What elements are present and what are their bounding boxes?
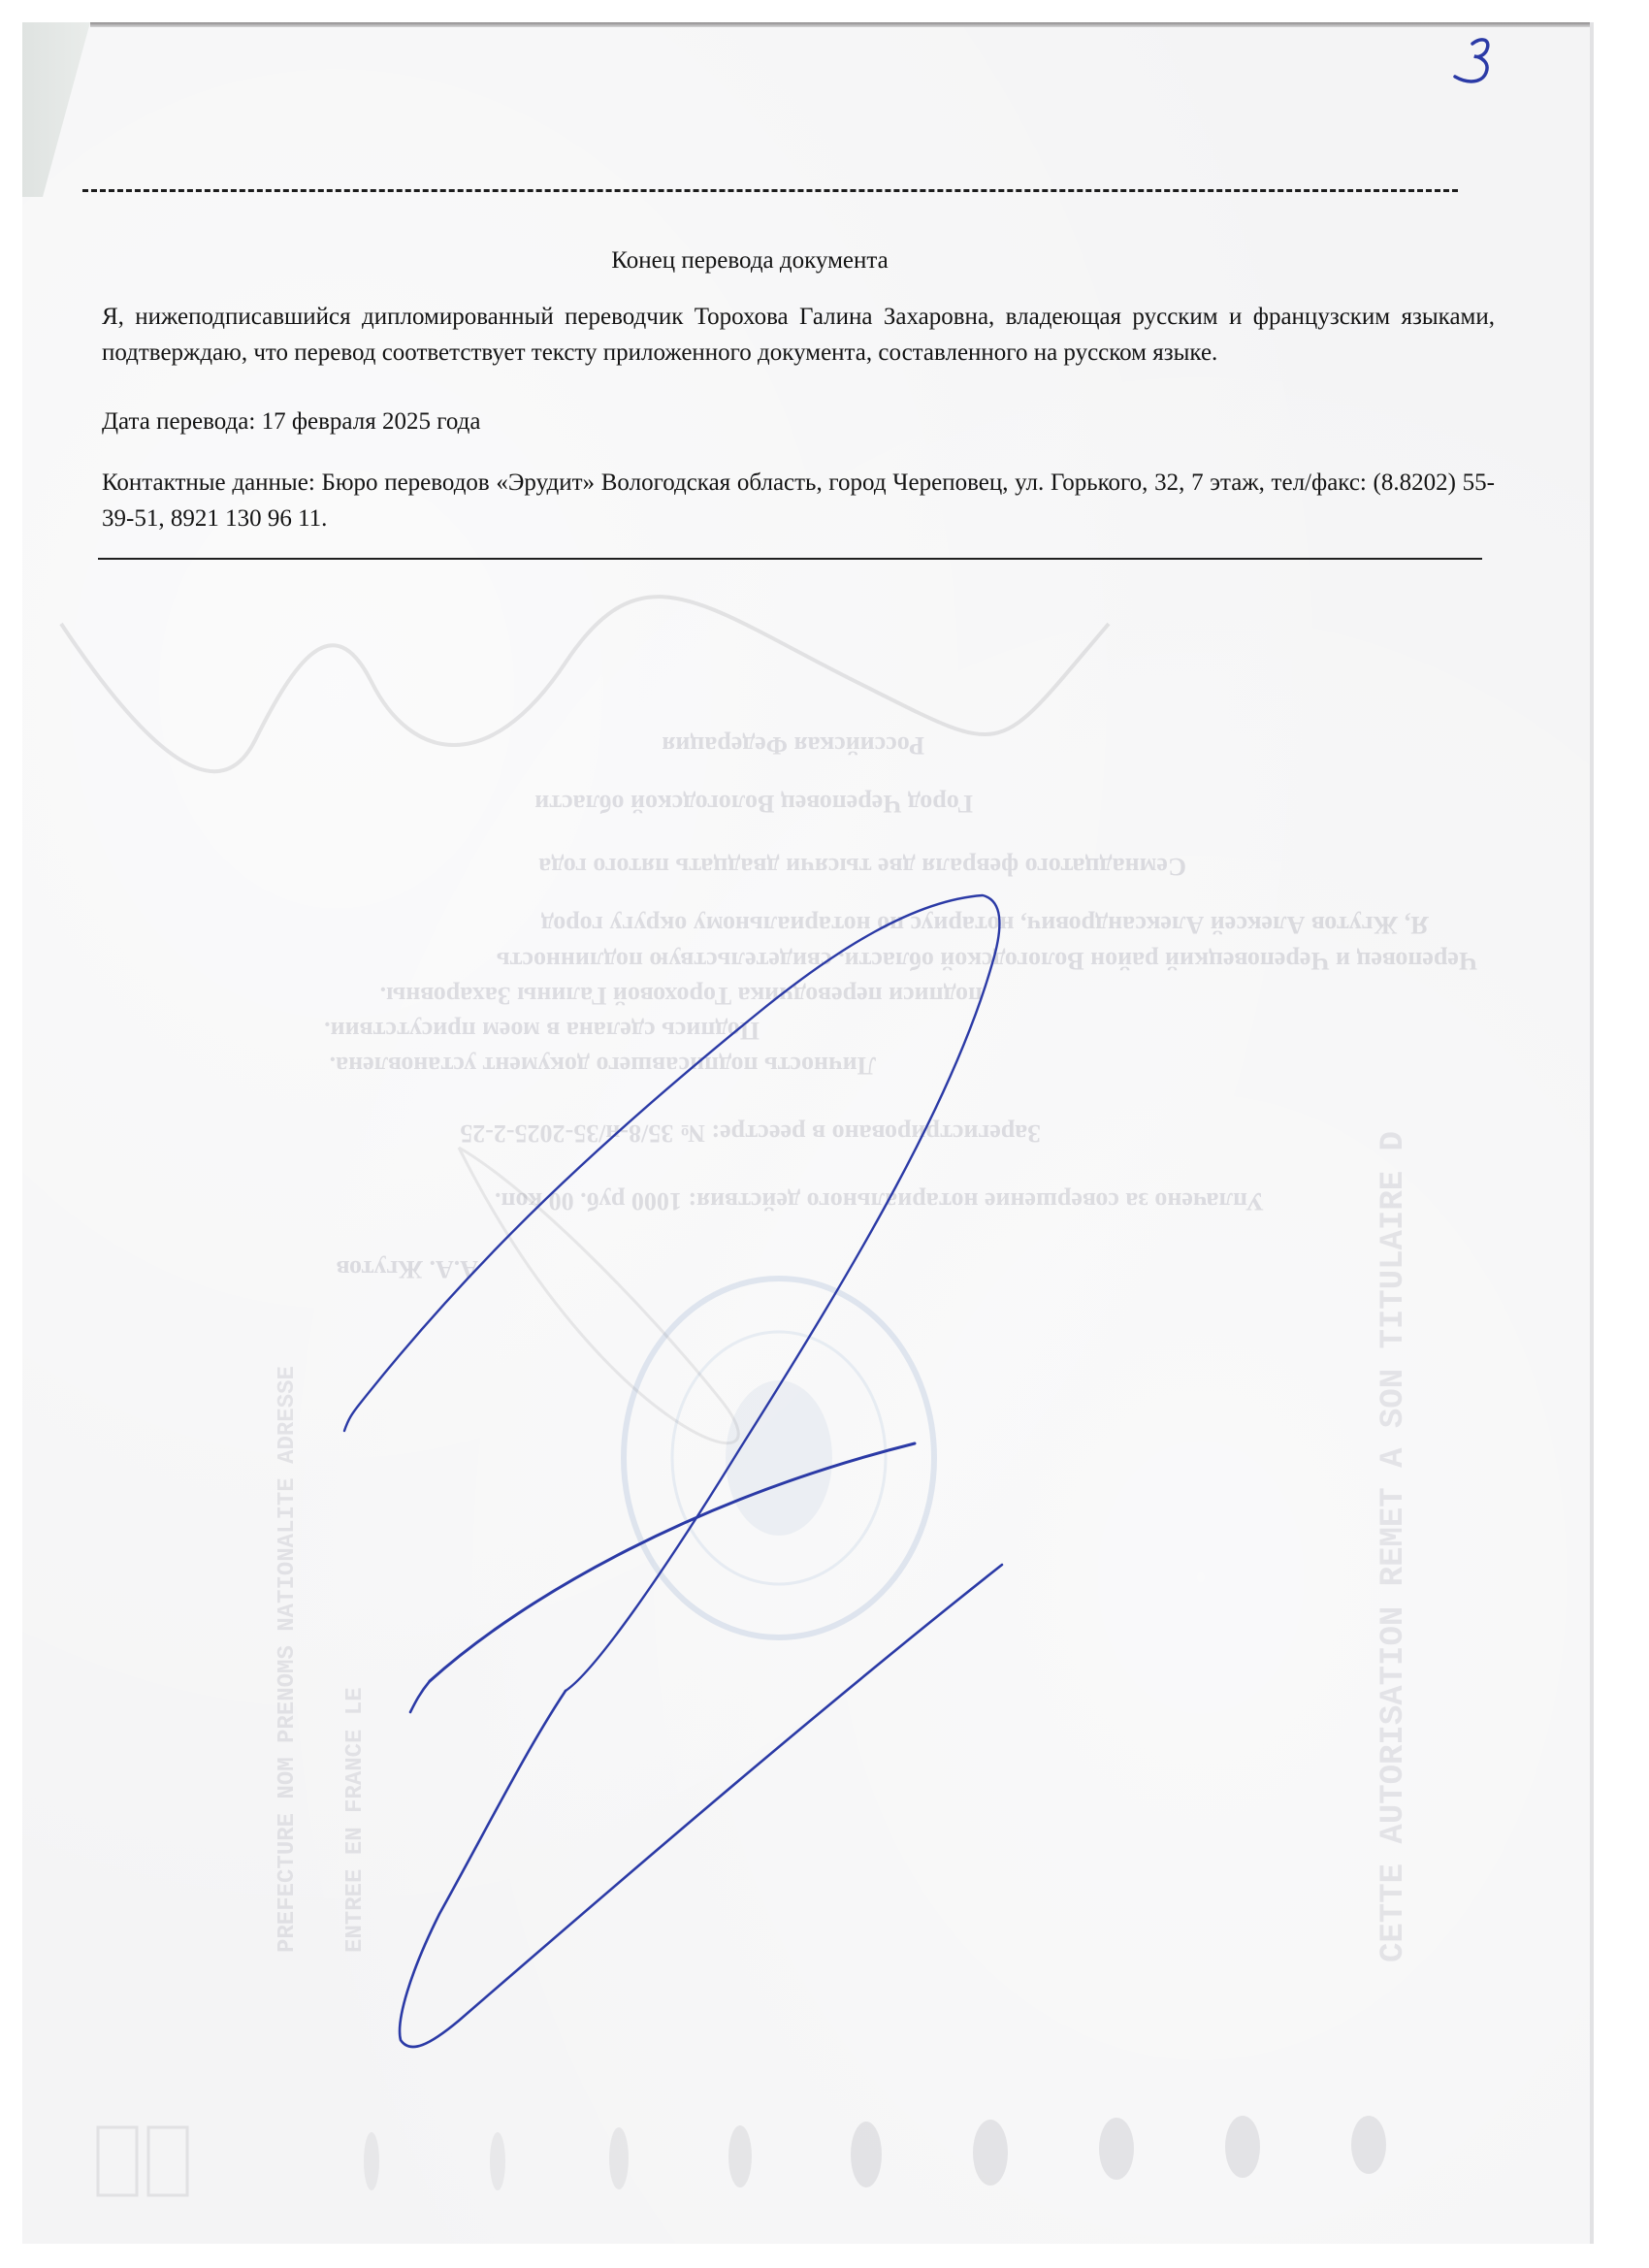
signature-icon — [22, 22, 1594, 2244]
scanned-page: Российская Федерация Город Череповец Вол… — [22, 22, 1594, 2244]
